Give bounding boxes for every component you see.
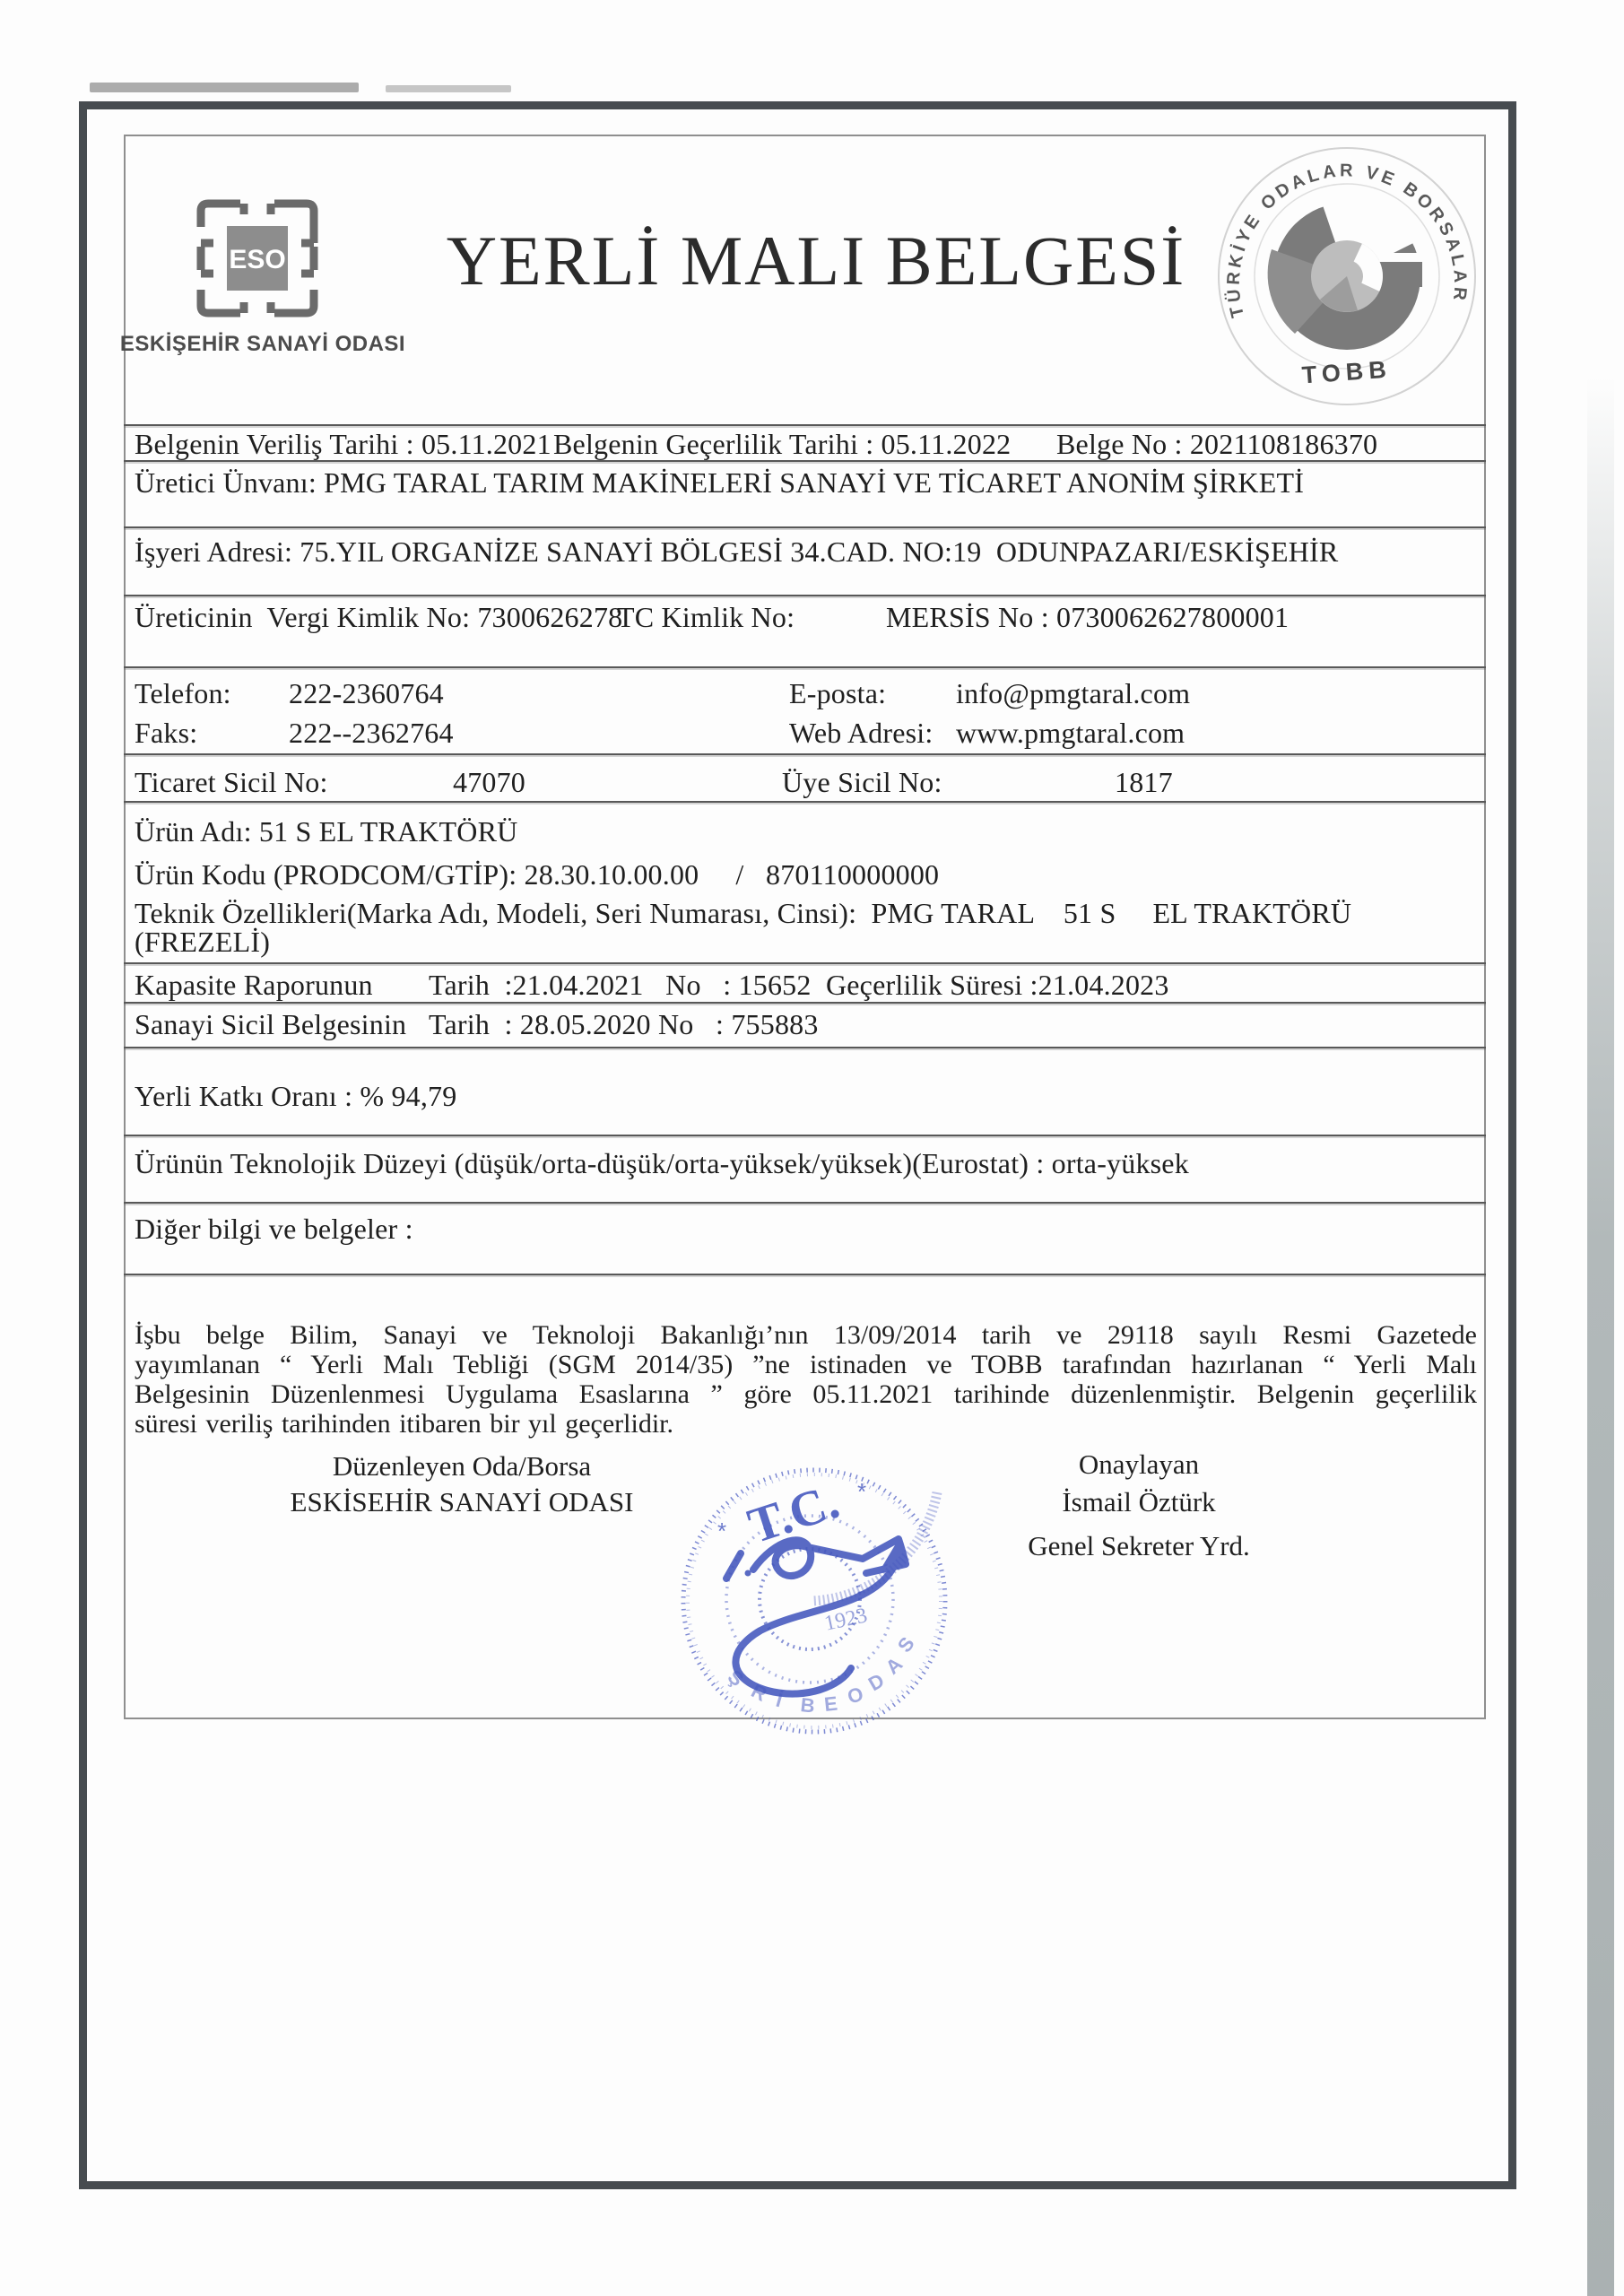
capacity-report-value: Tarih :21.04.2021 No : 15652 Geçerlilik …	[429, 969, 1169, 1001]
certificate-no-field: Belge No : 2021108186370	[1056, 428, 1377, 460]
svg-text:A: A	[881, 1652, 908, 1678]
industry-registry-value: Tarih : 28.05.2020 No : 755883	[429, 1008, 819, 1040]
approver-name: İsmail Öztürk	[968, 1486, 1309, 1518]
phone-value: 222-2360764	[289, 677, 444, 709]
svg-text:O: O	[845, 1683, 866, 1709]
validity-date-field: Belgenin Geçerlilik Tarihi : 05.11.2022	[553, 428, 1011, 460]
scan-edge-band	[1587, 377, 1614, 2296]
scan-smudge	[386, 85, 511, 92]
stamp-star-left: *	[717, 1518, 726, 1544]
tc-id-label: TC Kimlik No:	[617, 601, 795, 633]
trade-registry-label: Ticaret Sicil No:	[135, 766, 328, 798]
row-separator-line	[124, 460, 1486, 462]
svg-text:S: S	[893, 1632, 919, 1657]
statement-line: süresi veriliş tarihinden itibaren bir y…	[135, 1409, 1477, 1439]
row-separator-line	[124, 424, 1486, 426]
product-code-field: Ürün Kodu (PRODCOM/GTİP): 28.30.10.00.00…	[135, 858, 939, 891]
stamp-arc-glyphs: Ş R İ B E O D A S	[724, 1632, 919, 1717]
svg-text:D: D	[864, 1669, 888, 1696]
tobb-emblem: TÜRKİYE ODALAR VE BORSALAR BİRLİĞİ TOBB	[1212, 142, 1481, 411]
fax-value: 222--2362764	[289, 717, 454, 749]
svg-text:E: E	[823, 1692, 838, 1716]
fax-label: Faks:	[135, 717, 197, 749]
other-info-label: Diğer bilgi ve belgeler :	[135, 1213, 413, 1245]
scan-smudge	[90, 83, 359, 92]
tobb-emblem-graphic: TÜRKİYE ODALAR VE BORSALAR BİRLİĞİ TOBB	[1212, 142, 1481, 411]
row-separator-line	[124, 666, 1486, 668]
web-label: Web Adresi:	[789, 717, 933, 749]
row-separator-line	[124, 1002, 1486, 1004]
issuing-chamber-title: Düzenleyen Oda/Borsa	[296, 1450, 628, 1483]
statement-line: İşbu belge Bilim, Sanayi ve Teknoloji Ba…	[135, 1320, 1477, 1350]
email-value: info@pmgtaral.com	[956, 677, 1190, 709]
producer-name-field: Üretici Ünvanı: PMG TARAL TARIM MAKİNELE…	[135, 466, 1304, 499]
row-separator-line	[124, 801, 1486, 803]
row-separator-line	[124, 962, 1486, 964]
eso-org-name: ESKİŞEHİR SANAYİ ODASI	[115, 332, 411, 357]
member-registry-label: Üye Sicil No:	[782, 766, 942, 798]
scanned-certificate-page: ESO ESKİŞEHİR SANAYİ ODASI YERLİ MALI BE…	[0, 0, 1624, 2296]
row-separator-line	[124, 1135, 1486, 1136]
stamp-star-right: *	[857, 1478, 866, 1505]
eso-logo: ESO	[194, 196, 321, 321]
certificate-title: YERLİ MALI BELGESİ	[377, 221, 1255, 301]
member-registry-value: 1817	[1115, 766, 1173, 798]
tax-id-field: Üreticinin Vergi Kimlik No: 7300626278	[135, 601, 622, 633]
local-content-ratio-field: Yerli Katkı Oranı : % 94,79	[135, 1080, 456, 1112]
capacity-report-label: Kapasite Raporunun	[135, 969, 373, 1001]
mersis-no-field: MERSİS No : 0730062627800001	[886, 601, 1289, 633]
tobb-label: TOBB	[1301, 356, 1393, 389]
stamp-graphic: T.C. * * 1923 Ş R İ B E O D A S	[671, 1455, 958, 1742]
row-separator-line	[124, 526, 1486, 528]
industry-registry-label: Sanayi Sicil Belgesinin	[135, 1008, 406, 1040]
row-separator-line	[124, 753, 1486, 755]
workplace-address-field: İşyeri Adresi: 75.YIL ORGANİZE SANAYİ BÖ…	[135, 535, 1338, 568]
eso-logo-abbr: ESO	[229, 245, 285, 274]
product-name-field: Ürün Adı: 51 S EL TRAKTÖRÜ	[135, 815, 517, 848]
email-label: E-posta:	[789, 677, 886, 709]
row-separator-line	[124, 1047, 1486, 1048]
statement-line: Belgesinin Düzenlenmesi Uygulama Esaslar…	[135, 1379, 1477, 1409]
issue-date-field: Belgenin Veriliş Tarihi : 05.11.2021	[135, 428, 551, 460]
handwritten-signature	[726, 1539, 907, 1694]
web-value: www.pmgtaral.com	[956, 717, 1185, 749]
approver-role: Genel Sekreter Yrd.	[968, 1530, 1309, 1562]
trade-registry-value: 47070	[453, 766, 525, 798]
official-stamp: T.C. * * 1923 Ş R İ B E O D A S	[671, 1455, 958, 1742]
technical-specs-line2: (FREZELİ)	[135, 926, 270, 958]
approver-title: Onaylayan	[968, 1448, 1309, 1481]
row-separator-line	[124, 1274, 1486, 1275]
row-separator-line	[124, 595, 1486, 596]
statement-line: yayımlanan “ Yerli Malı Tebliği (SGM 201…	[135, 1350, 1477, 1379]
technology-level-field: Ürünün Teknolojik Düzeyi (düşük/orta-düş…	[135, 1147, 1189, 1179]
technical-specs-line1: Teknik Özellikleri(Marka Adı, Modeli, Se…	[135, 897, 1351, 929]
eso-logo-graphic: ESO	[194, 196, 321, 321]
issuing-chamber-name: ESKİSEHİR SANAYİ ODASI	[278, 1486, 646, 1518]
row-separator-line	[124, 1202, 1486, 1204]
phone-label: Telefon:	[135, 677, 231, 709]
